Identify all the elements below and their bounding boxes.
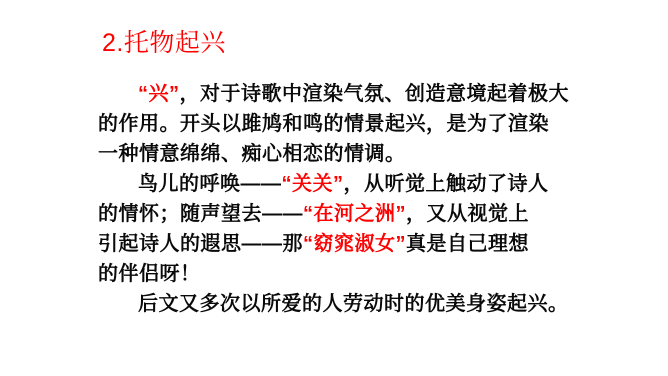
- presentation-slide: 2.托物起兴 “兴”，对于诗歌中渲染气氛、创造意境起着极大 的作用。开头以雎鸠和…: [0, 0, 668, 376]
- highlight-segment: “在河之洲”: [303, 203, 406, 225]
- text-segment: 一种情意绵绵、痴心相恋的情调。: [98, 143, 406, 165]
- slide-title: 2.托物起兴: [102, 27, 226, 59]
- text-segment: 的情怀；随声望去——: [98, 203, 303, 225]
- body-line: 后文又多次以所爱的人劳动时的优美身姿起兴。: [98, 289, 578, 319]
- text-segment: 真是自己理想: [406, 233, 529, 255]
- text-segment: 后文又多次以所爱的人劳动时的优美身姿起兴。: [138, 293, 569, 315]
- text-segment: 的作用。开头以雎鸠和鸣的情景起兴，是为了渲染: [98, 113, 549, 135]
- text-segment: 引起诗人的遐思——那: [98, 233, 303, 255]
- text-segment: ，从听觉上触动了诗人: [344, 173, 549, 195]
- highlight-segment: “关关”: [282, 173, 344, 195]
- body-text: “兴”，对于诗歌中渲染气氛、创造意境起着极大 的作用。开头以雎鸠和鸣的情景起兴，…: [98, 79, 578, 319]
- highlight-segment: “窈窕淑女”: [303, 233, 406, 255]
- body-line: 一种情意绵绵、痴心相恋的情调。: [98, 139, 578, 169]
- text-segment: 鸟儿的呼唤——: [138, 173, 282, 195]
- text-segment: 的伴侣呀！: [98, 263, 201, 285]
- body-line: “兴”，对于诗歌中渲染气氛、创造意境起着极大: [98, 79, 578, 109]
- text-segment: ，又从视觉上: [406, 203, 529, 225]
- body-line: 鸟儿的呼唤——“关关”，从听觉上触动了诗人: [98, 169, 578, 199]
- body-line: 的伴侣呀！: [98, 259, 578, 289]
- highlight-segment: “兴”: [138, 83, 180, 105]
- text-segment: ，对于诗歌中渲染气氛、创造意境起着极大: [180, 83, 570, 105]
- body-line: 引起诗人的遐思——那“窈窕淑女”真是自己理想: [98, 229, 578, 259]
- body-line: 的情怀；随声望去——“在河之洲”，又从视觉上: [98, 199, 578, 229]
- body-line: 的作用。开头以雎鸠和鸣的情景起兴，是为了渲染: [98, 109, 578, 139]
